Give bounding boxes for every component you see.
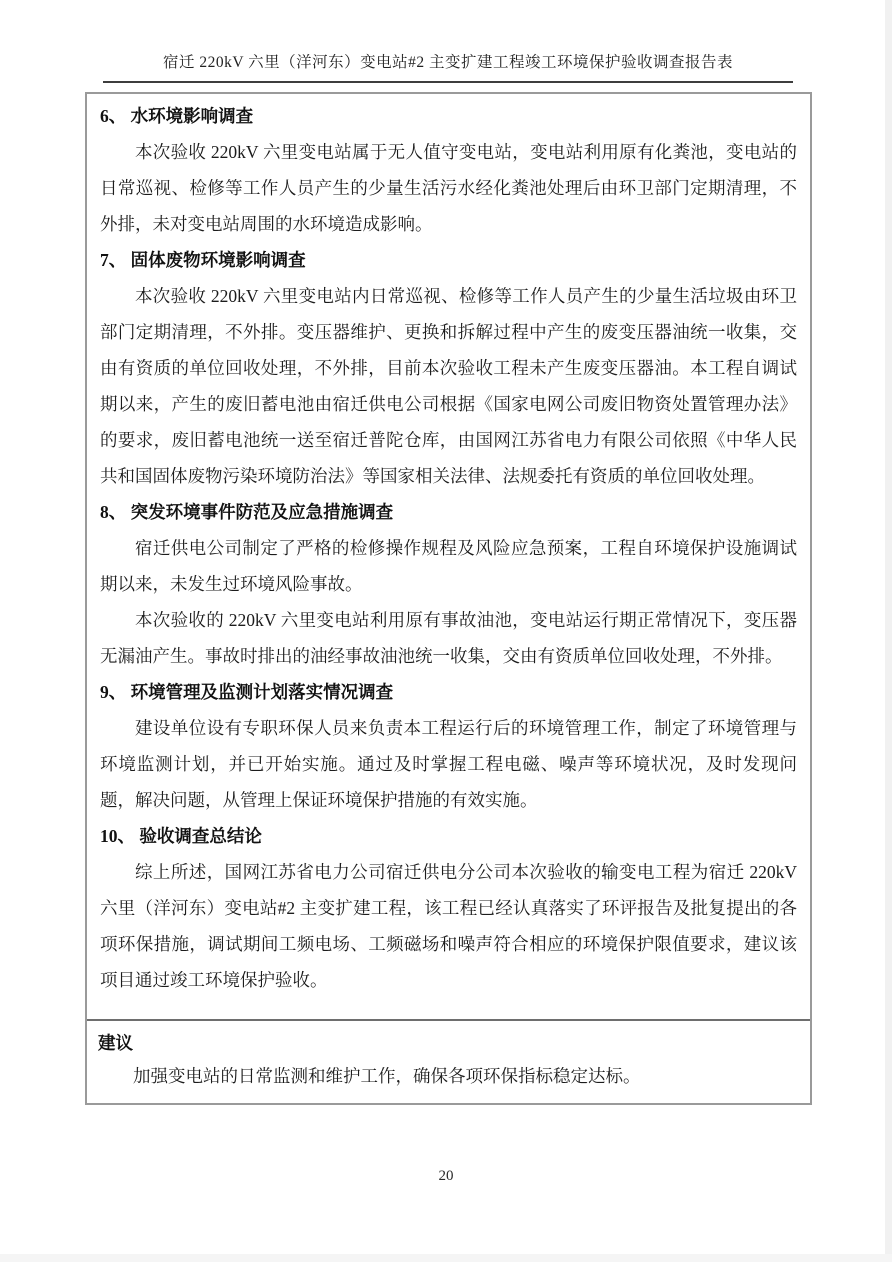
section-heading: 8、 突发环境事件防范及应急措施调查 bbox=[100, 494, 797, 530]
page-edge-bottom bbox=[0, 1254, 892, 1262]
section-paragraph: 本次验收 220kV 六里变电站内日常巡视、检修等工作人员产生的少量生活垃圾由环… bbox=[100, 278, 797, 494]
section-paragraph: 本次验收的 220kV 六里变电站利用原有事故油池，变电站运行期正常情况下，变压… bbox=[100, 602, 797, 674]
document-running-header: 宿迁 220kV 六里（洋河东）变电站#2 主变扩建工程竣工环境保护验收调查报告… bbox=[103, 50, 793, 83]
section-solid-waste: 7、 固体废物环境影响调查 本次验收 220kV 六里变电站内日常巡视、检修等工… bbox=[100, 242, 797, 494]
suggestion-text: 加强变电站的日常监测和维护工作，确保各项环保指标稳定达标。 bbox=[98, 1059, 799, 1093]
report-table: 6、 水环境影响调查 本次验收 220kV 六里变电站属于无人值守变电站，变电站… bbox=[85, 92, 812, 1105]
section-paragraph: 本次验收 220kV 六里变电站属于无人值守变电站，变电站利用原有化粪池，变电站… bbox=[100, 134, 797, 242]
section-conclusion: 10、 验收调查总结论 综上所述，国网江苏省电力公司宿迁供电分公司本次验收的输变… bbox=[100, 818, 797, 998]
section-heading: 7、 固体废物环境影响调查 bbox=[100, 242, 797, 278]
section-paragraph: 综上所述，国网江苏省电力公司宿迁供电分公司本次验收的输变电工程为宿迁 220kV… bbox=[100, 854, 797, 998]
section-heading: 10、 验收调查总结论 bbox=[100, 818, 797, 854]
section-paragraph: 建设单位设有专职环保人员来负责本工程运行后的环境管理工作，制定了环境管理与环境监… bbox=[100, 710, 797, 818]
page-number: 20 bbox=[0, 1168, 892, 1185]
suggestion-heading: 建议 bbox=[98, 1027, 799, 1059]
section-paragraph: 宿迁供电公司制定了严格的检修操作规程及风险应急预案，工程自环境保护设施调试期以来… bbox=[100, 530, 797, 602]
suggestion-row: 建议 加强变电站的日常监测和维护工作，确保各项环保指标稳定达标。 bbox=[87, 1019, 810, 1103]
section-heading: 9、 环境管理及监测计划落实情况调查 bbox=[100, 674, 797, 710]
page-edge-right bbox=[885, 0, 892, 1262]
section-water-environment: 6、 水环境影响调查 本次验收 220kV 六里变电站属于无人值守变电站，变电站… bbox=[100, 98, 797, 242]
section-env-management: 9、 环境管理及监测计划落实情况调查 建设单位设有专职环保人员来负责本工程运行后… bbox=[100, 674, 797, 818]
section-emergency-measures: 8、 突发环境事件防范及应急措施调查 宿迁供电公司制定了严格的检修操作规程及风险… bbox=[100, 494, 797, 674]
report-sections-cell: 6、 水环境影响调查 本次验收 220kV 六里变电站属于无人值守变电站，变电站… bbox=[87, 94, 810, 1019]
section-heading: 6、 水环境影响调查 bbox=[100, 98, 797, 134]
